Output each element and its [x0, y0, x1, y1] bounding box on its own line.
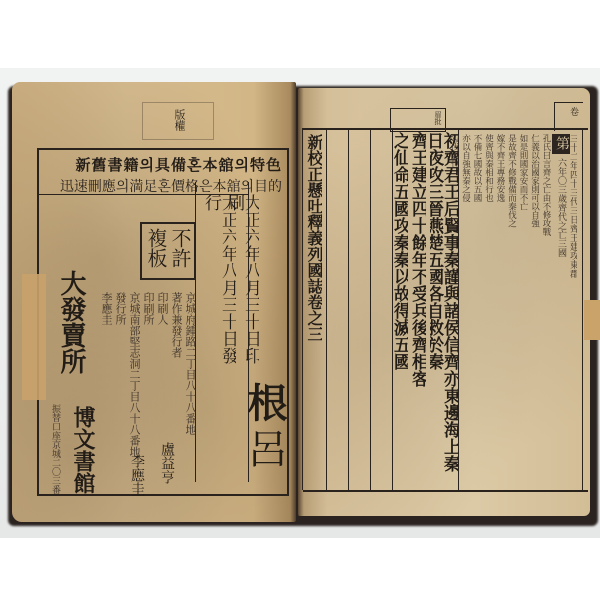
right-page-text: 眉批 卷 新校正懸吐釋義列國誌卷之三 初齊君王后賢事秦謹與諸侯信齊亦東邊海上秦日… — [298, 88, 590, 516]
seller-name-large: 博文書館 — [72, 406, 94, 494]
column-rule — [302, 128, 303, 490]
calligraphy-seal: 根 — [244, 382, 284, 422]
commentary-columns: 孔氏曰言齊之亡由不修攻戰 仁義以治國家則可以自強 如是則國家安而不亡 是故齊不修… — [462, 134, 550, 484]
seller-label-large: 大發賣所 — [58, 270, 84, 374]
commentary-col: 仁義以治國家則可以自強 — [530, 134, 539, 484]
left-page-colophon: 版權 新舊書籍의具備혼本舘의特色 迅速刪應의満足혼價格은本舘의目的 大正六年八月… — [12, 82, 296, 522]
publisher-name: 盧益亨 — [160, 442, 174, 484]
commentary-col: 不備七國故以五國 — [473, 134, 482, 484]
column-rule — [348, 128, 349, 490]
main-col: 之仙命五國攻秦秦以故得滅五國 — [394, 132, 408, 486]
paper-tab — [584, 300, 600, 340]
right-edge-column-2: 三十二年四十三代三日齊王建攻東郡 — [568, 134, 577, 484]
publisher-col: 發行所 — [115, 292, 126, 492]
commentary-col: 是故齊不修戰備而秦伐之 — [507, 134, 516, 484]
commentary-col: 孔氏曰言齊之亡由不修攻戰 — [542, 134, 551, 484]
commentary-col: 勾伐臨也 — [450, 134, 459, 484]
paper-repair-patch — [22, 274, 46, 400]
stamp-text-2: 複板 — [146, 228, 166, 268]
commentary-col: 使齊與秦相和行也 — [484, 134, 493, 484]
top-rule — [303, 128, 588, 130]
calligraphy-seal-2: 呂 — [244, 428, 284, 468]
book-title-column: 新校正懸吐釋義列國誌卷之三 — [306, 134, 322, 384]
bottom-rule — [303, 490, 588, 492]
header-row-2: 迅速刪應의満足혼價格은本舘의目的 — [42, 176, 282, 196]
right-edge-column-1: 六年〇三歲齊代之亡三國 — [556, 158, 565, 257]
publisher-col: 李應圭 — [101, 292, 112, 492]
publish-date: 大正六年八月三十日發行 — [202, 194, 236, 364]
seller-account: 振替口座京城二〇三番 — [50, 404, 59, 494]
stamp-text-1: 不許 — [170, 228, 190, 268]
main-col: 齊王建立四十餘年不受兵後齊相客 — [412, 132, 426, 486]
column-rule — [326, 128, 327, 490]
commentary-col: 嫁不齊王專務安逸 — [496, 134, 505, 484]
header-row-1: 新舊書籍의具備혼本舘의特色 — [42, 154, 282, 175]
faint-seal: 版權 — [142, 102, 214, 140]
column-rule — [458, 128, 459, 490]
column-rule — [392, 128, 393, 490]
commentary-col: 如是則國家安而不亡 — [519, 134, 528, 484]
column-rule — [370, 128, 371, 490]
page-corner-mark: 卷 — [554, 102, 583, 131]
copyright-stamp-box: 不許 複板 — [140, 222, 196, 280]
publisher-col: 京城府鍾路二丁目八十八番地 — [185, 292, 196, 492]
main-text-columns: 初齊君王后賢事秦謹與諸侯信齊亦東邊海上秦日夜攻三晉燕楚五國各自救於秦 齊王建立四… — [394, 132, 458, 486]
printer-name: 李應圭 — [130, 454, 144, 496]
commentary-col: 亦以自強無秦之侵 — [461, 134, 470, 484]
column-rule — [582, 128, 583, 490]
